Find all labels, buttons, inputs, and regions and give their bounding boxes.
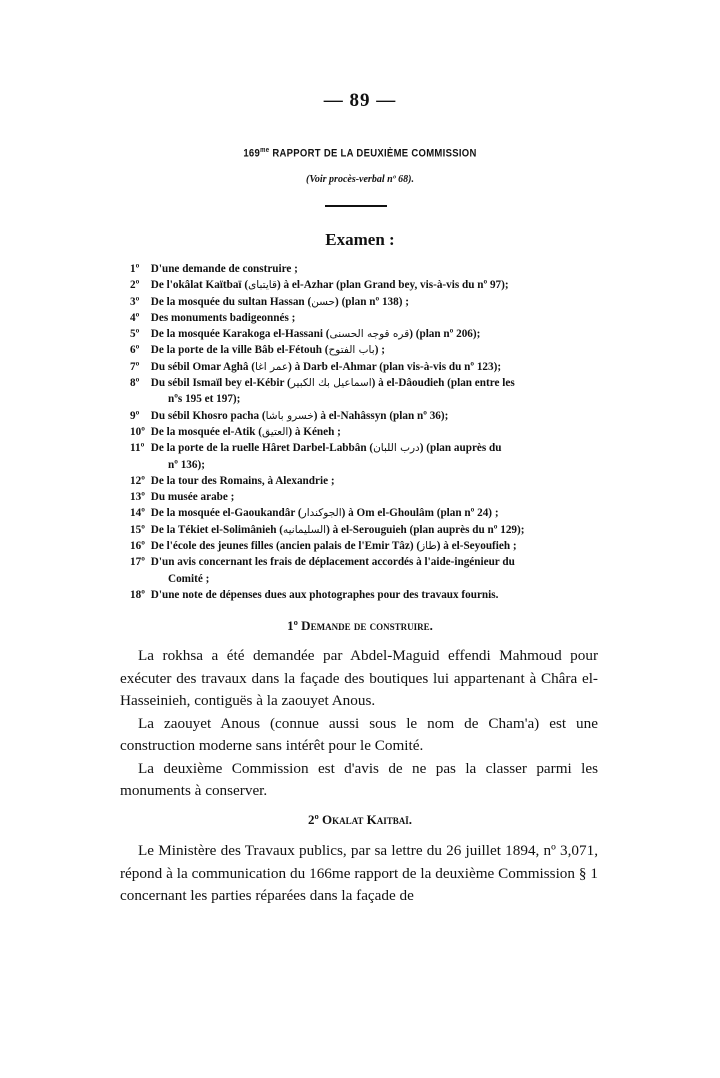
agenda-item: 18º D'une note de dépenses dues aux phot… bbox=[130, 587, 600, 603]
agenda-item: 6º De la porte de la ville Bâb el-Fétouh… bbox=[130, 342, 600, 358]
agenda-item-number: 18º bbox=[130, 587, 148, 603]
agenda-item-text: De l'okâlat Kaïtbaï ( bbox=[151, 279, 248, 291]
arabic-name: درب اللبان bbox=[373, 442, 420, 454]
agenda-item: 14º De la mosquée el-Gaoukandâr (الجوكند… bbox=[130, 505, 600, 521]
agenda-item-number: 16º bbox=[130, 538, 148, 554]
arabic-name: السليمانيه bbox=[283, 524, 326, 536]
agenda-item: 1º D'une demande de construire ; bbox=[130, 261, 600, 277]
agenda-item-number: 7º bbox=[130, 359, 148, 375]
agenda-item: 8º Du sébil Ismaïl bey el-Kébir (اسماعيل… bbox=[130, 375, 600, 408]
agenda-item-text: ) à el-Seyoufieh ; bbox=[437, 540, 517, 552]
arabic-name: خسرو باشا bbox=[266, 410, 314, 422]
agenda-item-text: ) à Darb el-Ahmar (plan vis-à-vis du nº … bbox=[288, 361, 501, 373]
agenda-item-number: 17º bbox=[130, 554, 148, 570]
agenda-item-text: ) à el-Azhar (plan Grand bey, vis-à-vis … bbox=[277, 279, 509, 291]
agenda-item-number: 9º bbox=[130, 408, 148, 424]
agenda-item-text: ) (plan nº 206); bbox=[409, 328, 480, 340]
paragraph: Le Ministère des Travaux publics, par sa… bbox=[120, 840, 598, 908]
agenda-item-text: De l'école des jeunes filles (ancien pal… bbox=[151, 540, 420, 552]
agenda-item-number: 10º bbox=[130, 424, 148, 440]
agenda-list: 1º D'une demande de construire ; 2º De l… bbox=[130, 261, 600, 603]
agenda-item-text: De la porte de la ville Bâb el-Fétouh ( bbox=[151, 344, 329, 356]
agenda-item: 3º De la mosquée du sultan Hassan (حسن) … bbox=[130, 294, 600, 310]
agenda-item-text: ) à Kéneh ; bbox=[288, 426, 341, 438]
agenda-item: 7º Du sébil Omar Aghâ (عمر اغا) à Darb e… bbox=[130, 359, 600, 375]
agenda-item-text: De la Tékiet el-Solimânieh ( bbox=[151, 524, 283, 536]
agenda-item-text: Du musée arabe ; bbox=[151, 491, 235, 503]
agenda-item-text: ) à Om el-Ghoulâm (plan nº 24) ; bbox=[342, 507, 499, 519]
agenda-item-number: 3º bbox=[130, 294, 148, 310]
agenda-item-text: Des monuments badigeonnés ; bbox=[151, 312, 296, 324]
agenda-item: 5º De la mosquée Karakoga el-Hassani (قر… bbox=[130, 326, 600, 342]
agenda-item-text: De la mosquée el-Atik ( bbox=[151, 426, 262, 438]
agenda-item: 10º De la mosquée el-Atik (العتيق) à Kén… bbox=[130, 424, 600, 440]
agenda-item-continuation: nº 136); bbox=[130, 457, 600, 473]
agenda-item-number: 13º bbox=[130, 489, 148, 505]
agenda-item: 16º De l'école des jeunes filles (ancien… bbox=[130, 538, 600, 554]
section-title-okalat-kaitbai: 2º Okalat Kaitbaï. bbox=[0, 812, 720, 828]
agenda-item-number: 11º bbox=[130, 440, 148, 456]
agenda-item-text: ) ; bbox=[375, 344, 385, 356]
arabic-name: طاز bbox=[420, 540, 437, 552]
agenda-item-text: Du sébil Khosro pacha ( bbox=[151, 410, 266, 422]
agenda-item: 4º Des monuments badigeonnés ; bbox=[130, 310, 600, 326]
paragraph: La zaouyet Anous (connue aussi sous le n… bbox=[120, 713, 598, 758]
report-number: 169 bbox=[243, 147, 260, 160]
agenda-item-continuation: Comité ; bbox=[130, 571, 600, 587]
agenda-item-text: De la mosquée Karakoga el-Hassani ( bbox=[151, 328, 330, 340]
report-title-text: RAPPORT DE LA DEUXIÈME COMMISSION bbox=[269, 147, 476, 160]
agenda-item: 17º D'un avis concernant les frais de dé… bbox=[130, 554, 600, 587]
examen-heading: Examen : bbox=[0, 230, 720, 250]
agenda-item-number: 12º bbox=[130, 473, 148, 489]
arabic-name: الجوكندار bbox=[302, 507, 342, 519]
agenda-item-text: ) à el-Dâoudieh (plan entre les bbox=[372, 377, 515, 389]
arabic-name: باب الفتوح bbox=[329, 344, 375, 356]
section-title-demande-de-construire: 1º Demande de construire. bbox=[0, 618, 720, 634]
arabic-name: العتيق bbox=[262, 426, 288, 438]
agenda-item-text: D'un avis concernant les frais de déplac… bbox=[151, 556, 515, 568]
agenda-item-text: De la mosquée el-Gaoukandâr ( bbox=[151, 507, 302, 519]
agenda-item-number: 14º bbox=[130, 505, 148, 521]
agenda-item-text: De la tour des Romains, à Alexandrie ; bbox=[151, 475, 335, 487]
arabic-name: عمر اغا bbox=[255, 361, 288, 373]
agenda-item: 2º De l'okâlat Kaïtbaï (قايتباى) à el-Az… bbox=[130, 277, 600, 293]
agenda-item-text: ) (plan nº 138) ; bbox=[335, 296, 409, 308]
arabic-name: حسن bbox=[311, 296, 335, 308]
agenda-item-text: Du sébil Omar Aghâ ( bbox=[151, 361, 255, 373]
divider-rule bbox=[325, 205, 387, 207]
report-title: 169me RAPPORT DE LA DEUXIÈME COMMISSION bbox=[0, 147, 720, 160]
document-page: — 89 — 169me RAPPORT DE LA DEUXIÈME COMM… bbox=[0, 0, 720, 1078]
agenda-item-number: 2º bbox=[130, 277, 148, 293]
arabic-name: قره قوجه الحسنى bbox=[329, 328, 409, 340]
agenda-item-continuation: nºs 195 et 197); bbox=[130, 391, 600, 407]
agenda-item-text: ) à el-Serouguieh (plan auprès du nº 129… bbox=[326, 524, 524, 536]
arabic-name: اسماعيل بك الكبير bbox=[291, 377, 372, 389]
agenda-item-number: 8º bbox=[130, 375, 148, 391]
section-body-demande-de-construire: La rokhsa a été demandée par Abdel-Magui… bbox=[120, 645, 598, 803]
agenda-item-number: 1º bbox=[130, 261, 148, 277]
page-number: — 89 — bbox=[0, 90, 720, 112]
agenda-item-number: 5º bbox=[130, 326, 148, 342]
report-number-suffix: me bbox=[260, 147, 269, 154]
agenda-item-number: 4º bbox=[130, 310, 148, 326]
agenda-item: 13º Du musée arabe ; bbox=[130, 489, 600, 505]
arabic-name: قايتباى bbox=[248, 279, 277, 291]
agenda-item: 11º De la porte de la ruelle Hâret Darbe… bbox=[130, 440, 600, 473]
agenda-item-text: De la porte de la ruelle Hâret Darbel-La… bbox=[151, 442, 373, 454]
paragraph: La deuxième Commission est d'avis de ne … bbox=[120, 758, 598, 803]
paragraph: La rokhsa a été demandée par Abdel-Magui… bbox=[120, 645, 598, 713]
agenda-item-text: De la mosquée du sultan Hassan ( bbox=[151, 296, 311, 308]
agenda-item-text: ) (plan auprès du bbox=[420, 442, 502, 454]
agenda-item-text: ) à el-Nahâssyn (plan nº 36); bbox=[314, 410, 449, 422]
agenda-item: 9º Du sébil Khosro pacha (خسرو باشا) à e… bbox=[130, 408, 600, 424]
agenda-item-number: 6º bbox=[130, 342, 148, 358]
section-body-okalat-kaitbai: Le Ministère des Travaux publics, par sa… bbox=[120, 840, 598, 908]
agenda-item-number: 15º bbox=[130, 522, 148, 538]
agenda-item: 15º De la Tékiet el-Solimânieh (السليمان… bbox=[130, 522, 600, 538]
agenda-item-text: D'une demande de construire ; bbox=[151, 263, 298, 275]
agenda-item-text: D'une note de dépenses dues aux photogra… bbox=[151, 589, 499, 601]
agenda-item-text: Du sébil Ismaïl bey el-Kébir ( bbox=[151, 377, 291, 389]
report-reference: (Voir procès-verbal nº 68). bbox=[0, 174, 720, 185]
agenda-item: 12º De la tour des Romains, à Alexandrie… bbox=[130, 473, 600, 489]
